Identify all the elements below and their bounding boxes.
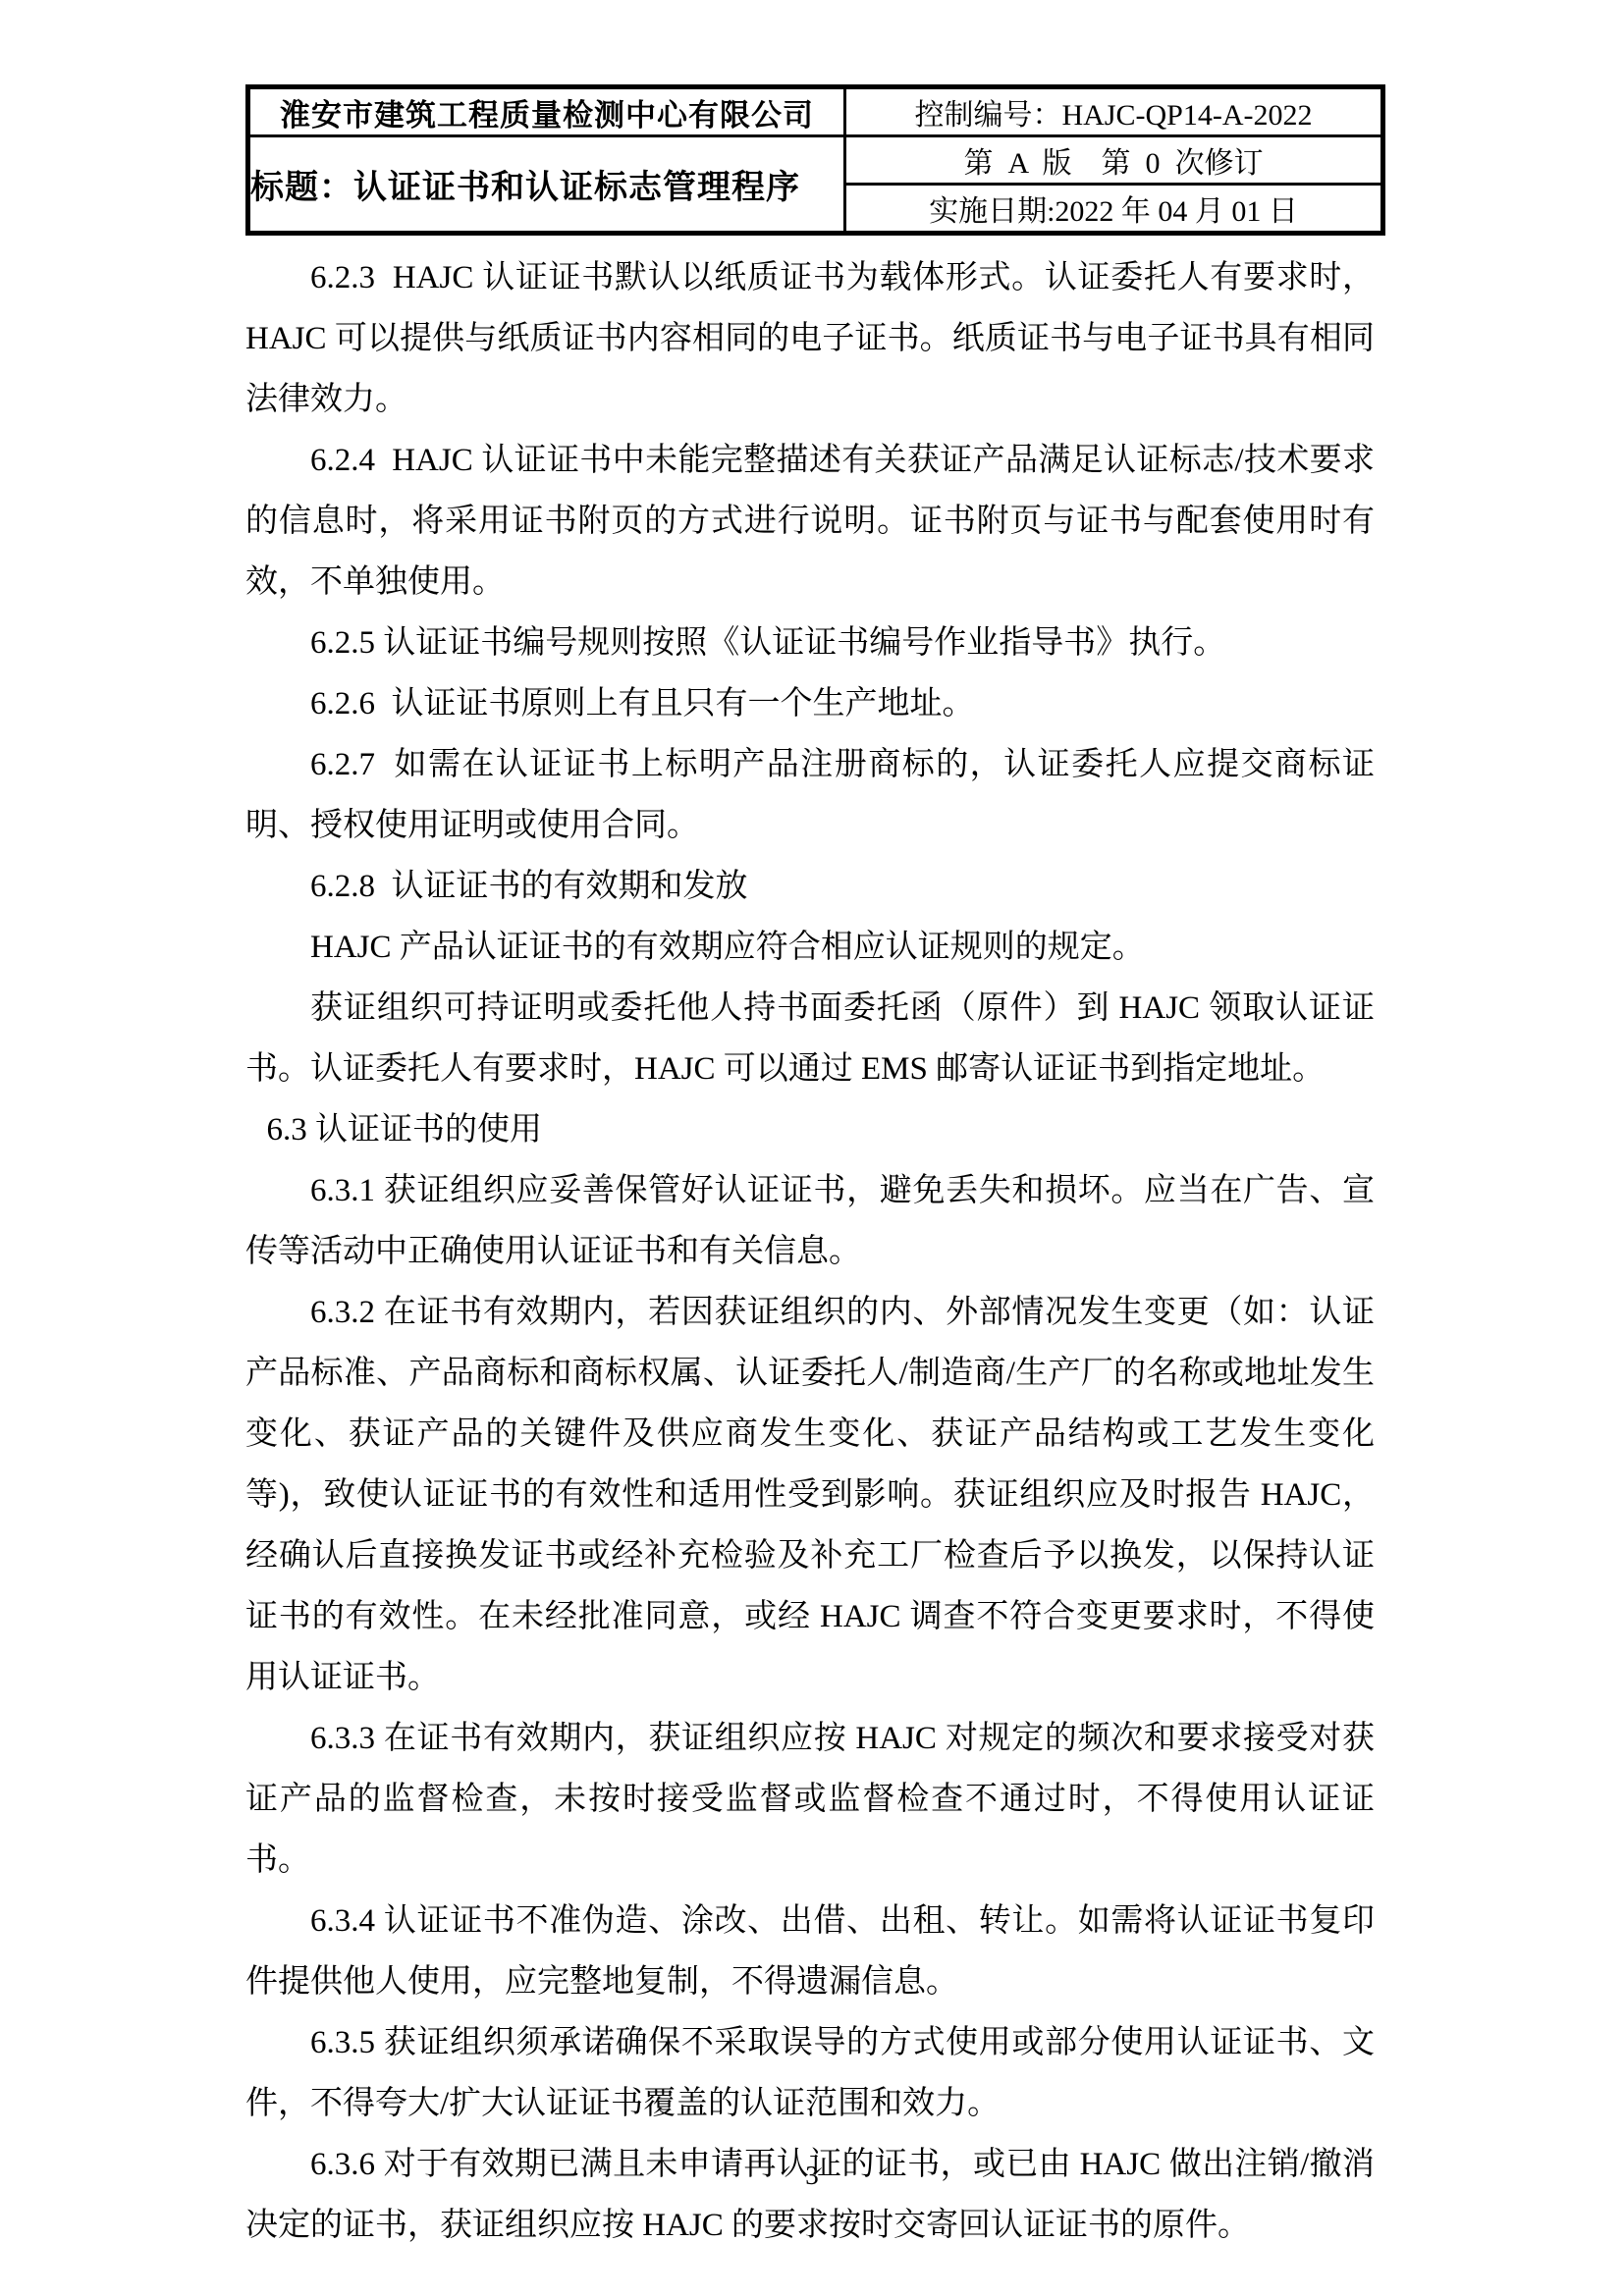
paragraph-6-2-3: 6.2.3 HAJC 认证证书默认以纸质证书为载体形式。认证委托人有要求时，HA… [245, 247, 1375, 430]
paragraph-6-2-8-issuance: 获证组织可持证明或委托他人持书面委托函（原件）到 HAJC 领取认证证书。认证委… [245, 978, 1375, 1099]
paragraph-6-3-5: 6.3.5 获证组织须承诺确保不采取误导的方式使用或部分使用认证证书、文件，不得… [245, 2012, 1375, 2134]
control-number: 控制编号：HAJC-QP14-A-2022 [845, 87, 1383, 136]
paragraph-6-2-4: 6.2.4 HAJC 认证证书中未能完整描述有关获证产品满足认证标志/技术要求的… [245, 430, 1375, 613]
implementation-date: 实施日期:2022 年 04 月 01 日 [845, 185, 1383, 234]
version-revision: 第 A 版 第 0 次修订 [845, 136, 1383, 185]
paragraph-6-3-1: 6.3.1 获证组织应妥善保管好认证证书，避免丢失和损坏。应当在广告、宣传等活动… [245, 1160, 1375, 1282]
header-row-1: 淮安市建筑工程质量检测中心有限公司 控制编号：HAJC-QP14-A-2022 [248, 87, 1383, 136]
document-body: 6.2.3 HAJC 认证证书默认以纸质证书为载体形式。认证委托人有要求时，HA… [245, 247, 1375, 2256]
paragraph-6-3-4: 6.3.4 认证证书不准伪造、涂改、出借、出租、转让。如需将认证证书复印件提供他… [245, 1891, 1375, 2012]
page-number: 3 [0, 2156, 1624, 2195]
paragraph-6-2-5: 6.2.5 认证证书编号规则按照《认证证书编号作业指导书》执行。 [245, 613, 1375, 673]
paragraph-6-3-6: 6.3.6 对于有效期已满且未申请再认证的证书，或已由 HAJC 做出注销/撤消… [245, 2134, 1375, 2256]
document-title: 标题：认证证书和认证标志管理程序 [248, 136, 845, 234]
section-heading-6-3: 6.3 认证证书的使用 [245, 1099, 1375, 1160]
header-row-2: 标题：认证证书和认证标志管理程序 第 A 版 第 0 次修订 [248, 136, 1383, 185]
paragraph-6-3-3: 6.3.3 在证书有效期内，获证组织应按 HAJC 对规定的频次和要求接受对获证… [245, 1708, 1375, 1891]
paragraph-6-3-2: 6.3.2 在证书有效期内，若因获证组织的内、外部情况发生变更（如：认证产品标准… [245, 1282, 1375, 1708]
paragraph-6-2-6: 6.2.6 认证证书原则上有且只有一个生产地址。 [245, 673, 1375, 734]
paragraph-6-2-7: 6.2.7 如需在认证证书上标明产品注册商标的，认证委托人应提交商标证明、授权使… [245, 734, 1375, 856]
document-page: 淮安市建筑工程质量检测中心有限公司 控制编号：HAJC-QP14-A-2022 … [0, 0, 1624, 2296]
paragraph-6-2-8-validity: HAJC 产品认证证书的有效期应符合相应认证规则的规定。 [245, 917, 1375, 978]
document-header-table: 淮安市建筑工程质量检测中心有限公司 控制编号：HAJC-QP14-A-2022 … [245, 84, 1385, 236]
paragraph-6-2-8-heading: 6.2.8 认证证书的有效期和发放 [245, 856, 1375, 917]
company-name: 淮安市建筑工程质量检测中心有限公司 [248, 87, 845, 136]
